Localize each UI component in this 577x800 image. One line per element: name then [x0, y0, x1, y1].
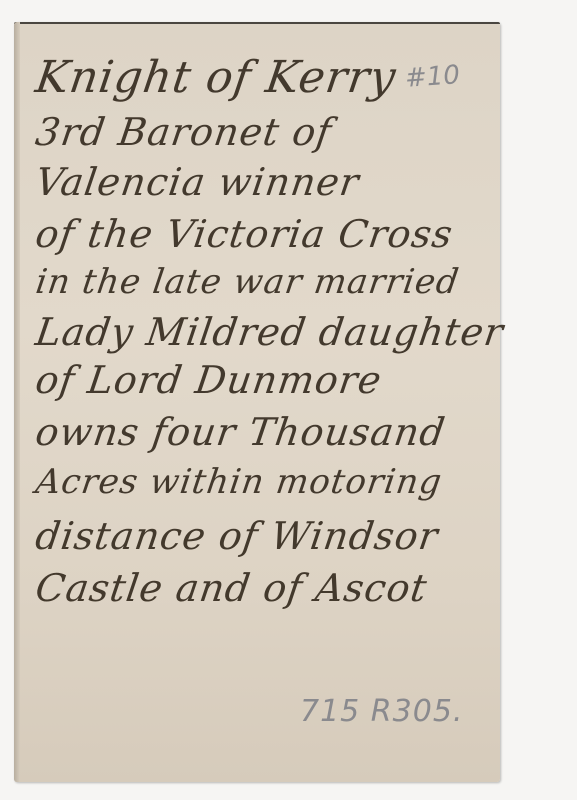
- handwritten-line-9: Acres within motoring: [33, 462, 445, 502]
- handwritten-line-11: Castle and of Ascot: [33, 566, 430, 610]
- handwritten-line-7: of Lord Dunmore: [33, 358, 385, 402]
- handwritten-card: #10 Knight of Kerry 3rd Baronet of Valen…: [14, 22, 500, 782]
- handwritten-line-6: Lady Mildred daughter: [33, 310, 507, 354]
- catalog-pencil-note: 715 R305.: [300, 694, 463, 729]
- handwritten-line-8: owns four Thousand: [33, 410, 448, 454]
- handwritten-line-5: in the late war married: [33, 262, 462, 302]
- handwritten-line-2: 3rd Baronet of: [33, 110, 335, 154]
- handwritten-line-10: distance of Windsor: [33, 514, 441, 558]
- handwritten-line-3: Valencia winner: [33, 160, 362, 204]
- handwritten-line-4: of the Victoria Cross: [33, 212, 456, 256]
- handwritten-line-1: Knight of Kerry: [32, 52, 399, 103]
- corner-pencil-note: #10: [404, 60, 461, 94]
